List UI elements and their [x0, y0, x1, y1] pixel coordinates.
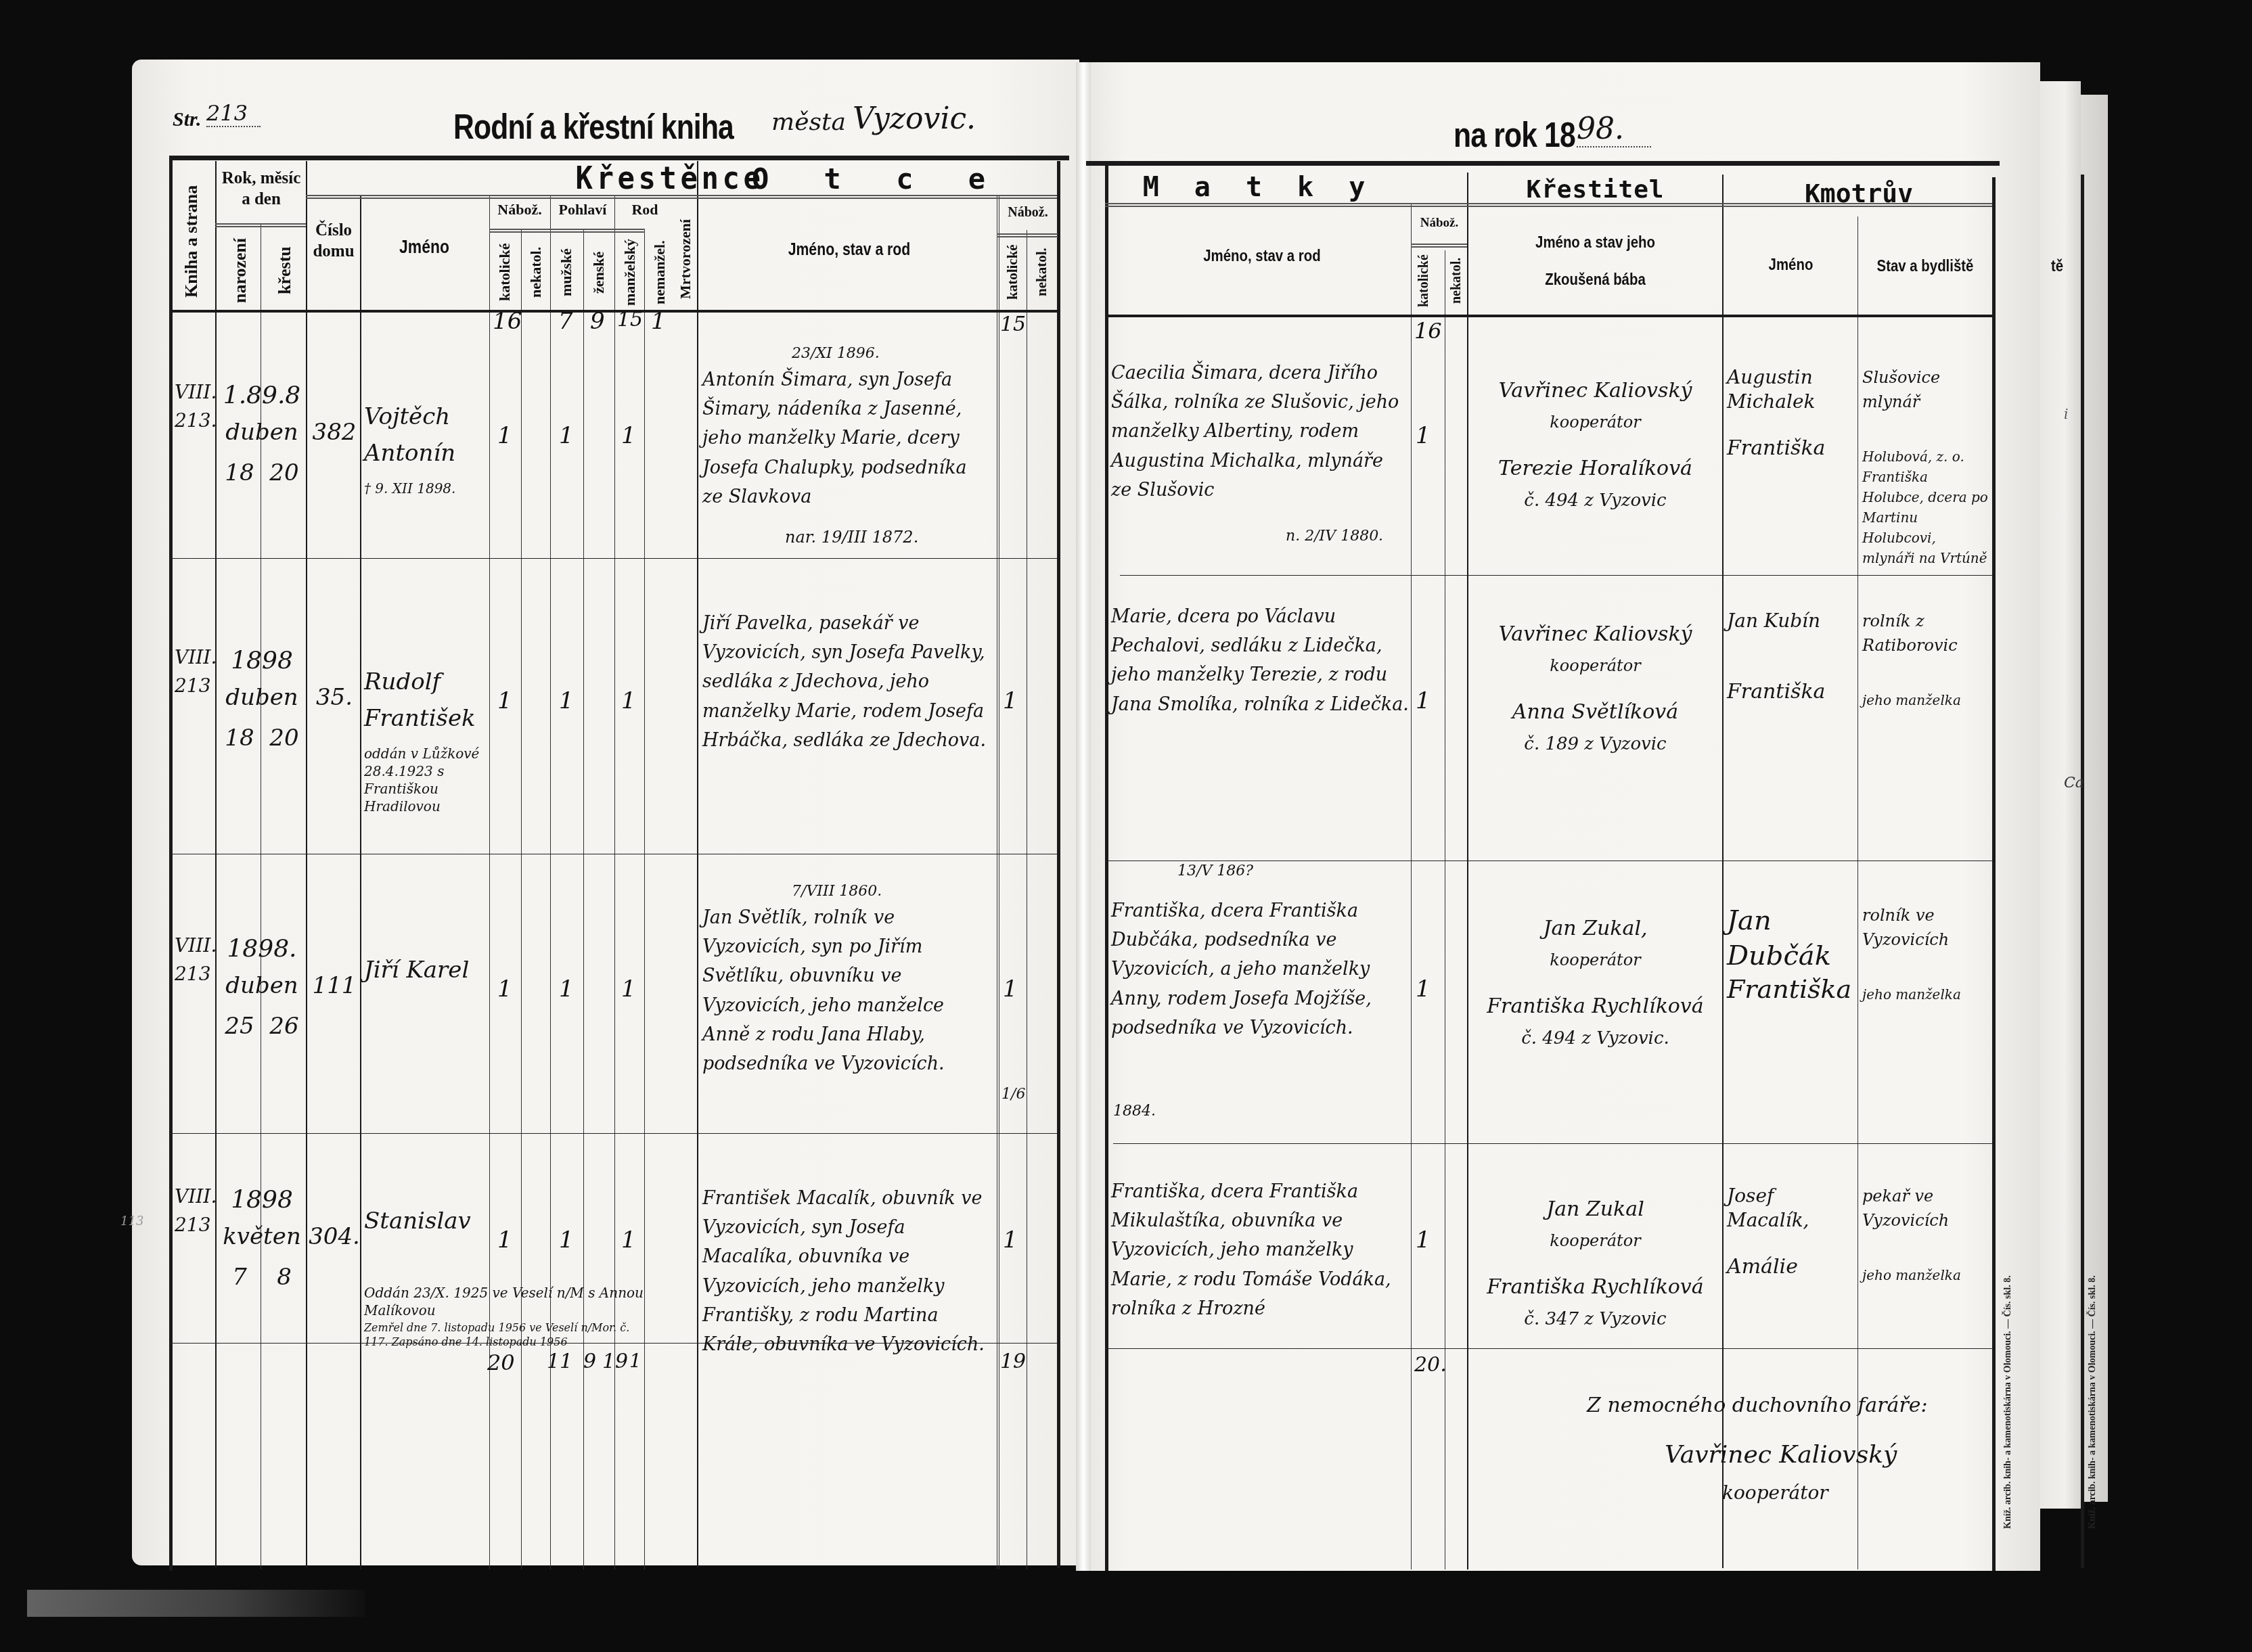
header-manzelsky: manželský [621, 237, 639, 308]
header-jmeno-stav-jeho: Jméno a stav jeho [1487, 233, 1703, 252]
rule [1992, 177, 1996, 1571]
header-katolicke: katolické [496, 237, 514, 308]
signature-title: kooperátor [1722, 1482, 1828, 1504]
record-godfather-status: Slušovice mlynář [1862, 365, 1991, 414]
header-rok-mesic-den: Rok, měsíc a den [217, 168, 306, 210]
record-midwife: Františka Rychlíková [1472, 994, 1719, 1018]
row-rule [169, 1133, 1057, 1134]
record-year: 1898 [218, 647, 306, 674]
record-child-name: Jiří Karel [364, 952, 489, 988]
record-house-number: 304. [309, 1223, 360, 1250]
carry-zenske: 9 [590, 308, 605, 335]
carry-manzelsky: 15 [617, 308, 643, 331]
header-otec-naboz: Nábož. [999, 204, 1057, 221]
record-kniha-strana: VIII. 213 [175, 643, 214, 700]
record-mother-born: 1884. [1113, 1103, 1156, 1120]
header-matka-naboz: Nábož. [1412, 215, 1467, 231]
printer-imprint: Kníž. arcib. knih- a kamenotiskárna v Ol… [2003, 1150, 2014, 1529]
carry-otec-katolicke: 15 [1000, 313, 1026, 336]
record-midwife: Františka Rychlíková [1472, 1275, 1719, 1299]
record-child-note: oddán v Lůžkové 28.4.1923 s Františkou H… [364, 745, 499, 815]
record-child-name: Vojtěch Antonín [364, 398, 489, 472]
record-month: duben [218, 972, 306, 999]
rule [1027, 230, 1027, 1569]
record-baptizer-title: kooperátor [1472, 413, 1719, 432]
margin-note-right-2: Ca [2064, 775, 2084, 791]
record-baptism-day: 26 [264, 1013, 305, 1040]
carry-muzske: 7 [558, 308, 573, 335]
record-mother: Marie, dcera po Václavu Pechalovi, sedlá… [1111, 602, 1409, 719]
header-krestu: křestu [275, 233, 295, 308]
rule [360, 196, 361, 1569]
record-godmother-status: Holubová, z. o. Františka Holubce, dcera… [1862, 446, 1991, 568]
record-birth-day: 18 [220, 459, 259, 486]
total-matka-katolicke: 20. [1414, 1353, 1447, 1377]
header-nemanzel: nemanžel. [651, 237, 669, 308]
carry-matka-katolicke: 16 [1414, 318, 1442, 344]
row-rule [1105, 1348, 1992, 1349]
row-rule [169, 558, 1057, 559]
record-month: duben [218, 419, 306, 446]
rule [1105, 164, 1108, 1571]
record-godmother-name: Františka [1727, 436, 1857, 460]
record-child-note-2: Zemřel dne 7. listopadu 1956 ve Veselí n… [364, 1321, 655, 1350]
record-mother-katolicke: 1 [1416, 976, 1431, 1003]
rule [1057, 161, 1060, 1568]
record-birth-day: 18 [220, 725, 259, 752]
record-child-note: Oddán 23/X. 1925 ve Veselí n/M s Annou M… [364, 1284, 648, 1319]
record-baptism-day: 8 [264, 1264, 305, 1291]
header-stav-bydliste: Stav a bydliště [1868, 257, 1982, 276]
header-nekatol: nekatol. [527, 237, 545, 308]
record-godfather-status: pekař ve Vyzovicích [1862, 1184, 1991, 1233]
section-krestitel: Křestitel [1468, 176, 1722, 204]
header-kniha-strana: Kniha a strana [181, 189, 202, 298]
record-mother-katolicke: 1 [1416, 687, 1431, 714]
record-godmother-status: jeho manželka [1862, 984, 1991, 1005]
title-place-prefix: města [771, 108, 846, 136]
row-rule [1113, 1143, 1992, 1144]
record-midwife-address: č. 189 z Vyzovic [1472, 734, 1719, 754]
header-zkousena-baba: Zkoušená bába [1487, 271, 1703, 290]
record-godfather-name: Josef Macalík, [1727, 1184, 1857, 1233]
rule [997, 196, 999, 1569]
total-otec-katolicke: 19 [1000, 1350, 1026, 1373]
record-katolicke: 1 [497, 1226, 512, 1254]
record-house-number: 382 [309, 419, 360, 446]
record-birth-day: 25 [220, 1013, 259, 1040]
record-father: Jiří Pavelka, pasekář ve Vyzovicích, syn… [702, 609, 990, 755]
rule [1467, 173, 1468, 1569]
rule [1857, 216, 1858, 1569]
header-kmotr-jmeno: Jméno [1734, 256, 1847, 275]
record-kniha-strana: VIII. 213. [175, 378, 214, 435]
record-father-katolicke: 1 [1003, 976, 1018, 1003]
rule [489, 229, 645, 233]
record-baptizer: Vavřinec Kaliovský [1472, 379, 1719, 403]
rule [1722, 175, 1724, 1568]
record-baptism-day: 20 [264, 459, 305, 486]
page-number: 213 [206, 100, 261, 127]
record-mother: Františka, dcera Františka Dubčáka, pods… [1111, 896, 1409, 1042]
record-manzelsky: 1 [621, 422, 636, 449]
record-manzelsky: 1 [621, 1226, 636, 1254]
record-godmother-name: Amálie [1727, 1255, 1857, 1279]
record-baptizer: Jan Zukal, [1472, 917, 1719, 940]
record-year: 1898 [218, 1186, 306, 1214]
page-number-label: Str. [173, 108, 202, 131]
rule [644, 230, 645, 1569]
row-rule [169, 854, 1057, 854]
carry-katolicke: 16 [493, 308, 522, 335]
rule [215, 161, 217, 1568]
record-mother-katolicke: 1 [1416, 1226, 1431, 1254]
record-margin-fraction: 1/6 [1001, 1086, 1025, 1103]
record-godfather-status: rolník ve Vyzovicích [1862, 903, 1991, 952]
total-katolicke: 20 [487, 1350, 515, 1375]
record-baptizer-title: kooperátor [1472, 656, 1719, 675]
printer-imprint-next: Kníž. arcib. knih- a kamenotiskárna v Ol… [2088, 1150, 2098, 1529]
record-godfather-status: rolník z Ratiborovic [1862, 609, 1991, 658]
record-manzelsky: 1 [621, 976, 636, 1003]
record-midwife: Terezie Horalíková [1472, 457, 1719, 480]
signature-name: Vavřinec Kaliovský [1665, 1441, 1897, 1469]
record-father-date: 7/VIII 1860. [792, 883, 882, 900]
record-house-number: 111 [309, 972, 360, 999]
header-matka-katolicke: katolické [1416, 250, 1432, 311]
header-bottom-rule [169, 310, 1057, 313]
record-midwife-address: č. 494 z Vyzovic. [1472, 1028, 1719, 1049]
total-manzelsky: 19 [602, 1350, 628, 1373]
record-godmother-status: jeho manželka [1862, 1265, 1991, 1285]
record-father-date: 23/XI 1896. [792, 345, 880, 362]
header-mrtvorozeni: Mrtvorození [677, 210, 694, 308]
record-kniha-strana: VIII. 213 [175, 1183, 214, 1239]
next-page-edge [2040, 81, 2081, 1509]
record-mother-katolicke: 1 [1416, 422, 1431, 449]
header-pohlavi: Pohlaví [551, 200, 614, 219]
total-zenske: 9 [583, 1350, 596, 1373]
year-suffix: 98. [1577, 112, 1651, 147]
rule [1411, 203, 1412, 1569]
record-year: 1.89.8 [218, 382, 306, 409]
record-baptizer-title: kooperátor [1472, 950, 1719, 969]
record-child-note: † 9. XII 1898. [364, 480, 499, 497]
header-rod: Rod [615, 200, 675, 219]
record-midwife-address: č. 494 z Vyzovic [1472, 490, 1719, 511]
record-manzelsky: 1 [621, 687, 636, 714]
header-bottom-rule [1105, 315, 1992, 317]
title-place: Vyzovic. [853, 101, 976, 136]
margin-note-left: 113 [120, 1214, 143, 1229]
header-cislo-domu: Číslo domu [309, 220, 359, 262]
header-otec-nekatol: nekatol. [1033, 237, 1050, 308]
signature-line1: Z nemocného duchovního faráře: [1587, 1394, 1928, 1417]
book-gutter [1076, 62, 1091, 1571]
record-midwife: Anna Světlíková [1472, 700, 1719, 724]
record-child-name: Rudolf František [364, 664, 489, 737]
record-month: květen [218, 1223, 306, 1250]
record-godfather-name: Jan Dubčák [1727, 903, 1857, 973]
record-katolicke: 1 [497, 976, 512, 1003]
record-father-born: nar. 19/III 1872. [785, 528, 918, 547]
record-mother-born: n. 2/IV 1880. [1286, 528, 1383, 545]
row-rule [1105, 861, 1992, 861]
record-godfather-name: Jan Kubín [1727, 609, 1857, 633]
header-jmeno: Jméno [369, 237, 479, 258]
carry-nemanzel: 1 [651, 308, 666, 335]
record-godmother-name: Františka [1727, 974, 1857, 1004]
header-matka-jmeno-stav-rod: Jméno, stav a rod [1138, 247, 1386, 266]
record-mother-date: 13/V 186? [1177, 863, 1253, 879]
record-baptizer: Vavřinec Kaliovský [1472, 622, 1719, 646]
rule [1411, 244, 1467, 248]
rule [215, 223, 306, 227]
record-godmother-status: jeho manželka [1862, 690, 1991, 710]
record-father-katolicke: 1 [1003, 687, 1018, 714]
record-baptism-day: 20 [264, 725, 305, 752]
record-father: František Macalík, obuvník ve Vyzovicích… [702, 1184, 990, 1359]
record-godfather-name: Augustin Michalek [1727, 365, 1857, 415]
record-baptizer: Jan Zukal [1472, 1197, 1719, 1221]
header-matka-nekatol: nekatol. [1449, 250, 1464, 311]
record-katolicke: 1 [497, 422, 512, 449]
header-narozeni: narození [230, 233, 250, 308]
record-year: 1898. [218, 935, 306, 963]
scanner-strip [27, 1590, 365, 1617]
record-midwife-address: č. 347 z Vyzovic [1472, 1309, 1719, 1329]
record-mother: Caecilia Šimara, dcera Jiřího Šálka, rol… [1111, 359, 1409, 505]
record-muzske: 1 [559, 687, 574, 714]
record-baptizer-title: kooperátor [1472, 1231, 1719, 1250]
total-muzske: 11 [547, 1350, 572, 1373]
rule [2081, 175, 2084, 1568]
title-right: na rok 18 [1454, 115, 1575, 156]
record-birth-day: 7 [220, 1264, 259, 1291]
rule [521, 230, 522, 1569]
header-cut-off: tě [2046, 257, 2069, 276]
record-mother: Františka, dcera Františka Mikulaštíka, … [1111, 1177, 1409, 1323]
record-kniha-strana: VIII. 213 [175, 932, 214, 988]
header-zenske: ženské [590, 237, 608, 308]
rule [306, 161, 307, 1568]
rule [169, 157, 173, 1571]
record-father-katolicke: 1 [1003, 1226, 1018, 1254]
record-house-number: 35. [309, 684, 360, 711]
title-left: Rodní a křestní kniha [453, 107, 734, 147]
section-kmotruv: Kmotrův [1726, 179, 1992, 208]
row-rule [1120, 575, 1993, 576]
record-muzske: 1 [559, 422, 574, 449]
record-muzske: 1 [559, 1226, 574, 1254]
record-child-name: Stanislav [364, 1203, 489, 1239]
record-father: Antonín Šimara, syn Josefa Šimary, náden… [702, 365, 990, 511]
rule [697, 161, 698, 1568]
section-otce: O t c e [700, 162, 1056, 196]
header-naboz: Nábož. [490, 200, 549, 219]
top-rule-right [1086, 161, 2000, 166]
header-otec-katolicke: katolické [1004, 237, 1021, 308]
header-otec-jmeno-stav-rod: Jméno, stav a rod [725, 240, 973, 260]
section-matky: M a t k y [1110, 172, 1407, 203]
margin-note-right-1: i [2064, 406, 2068, 422]
record-godmother-name: Františka [1727, 680, 1857, 704]
record-father: Jan Světlík, rolník ve Vyzovicích, syn p… [702, 903, 990, 1078]
total-nemanzel: 1 [629, 1350, 641, 1372]
record-muzske: 1 [559, 976, 574, 1003]
record-month: duben [218, 684, 306, 711]
header-muzske: mužské [558, 237, 575, 308]
record-katolicke: 1 [497, 687, 512, 714]
